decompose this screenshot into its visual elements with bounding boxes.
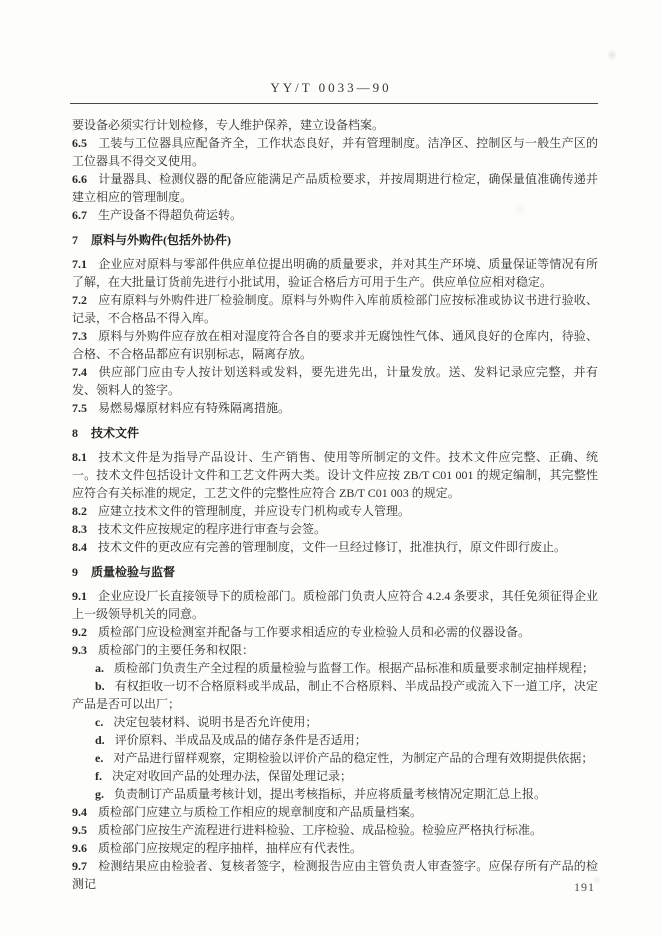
subclause-paragraph: f.决定对收回产品的处理办法，保留处理记录； xyxy=(72,767,598,785)
clause-paragraph: 9.2质检部门应设检测室并配备与工作要求相适应的专业检验人员和必需的仪器设备。 xyxy=(72,623,598,641)
clause-number: 7.3 xyxy=(72,329,87,343)
clause-number: 8.1 xyxy=(72,450,87,464)
subclause-paragraph: b.有权拒收一切不合格原料或半成品，制止不合格原料、半成品投产或流入下一道工序，… xyxy=(72,677,598,713)
subclause-letter: a. xyxy=(95,661,104,675)
paragraph-text: 供应部门应由专人按计划送料或发料，要先进先出，计量发放。送、发料记录应完整，并有… xyxy=(72,365,598,397)
clause-number: 9.4 xyxy=(72,805,87,819)
paragraph-text: 负责制订产品质量考核计划，提出考核指标，并应将质量考核情况定期汇总上报。 xyxy=(114,787,546,801)
paragraph-text: 生产设备不得超负荷运转。 xyxy=(98,208,242,222)
paragraph-text: 有权拒收一切不合格原料或半成品，制止不合格原料、半成品投产或流入下一道工序，决定… xyxy=(72,679,598,711)
clause-paragraph: 8.1技术文件是为指导产品设计、生产销售、使用等所制定的文件。技术文件应完整、正… xyxy=(72,448,598,502)
clause-number: 9.2 xyxy=(72,625,87,639)
clause-number: 6.6 xyxy=(72,172,87,186)
paragraph-text: 质检部门应按规定的程序抽样，抽样应有代表性。 xyxy=(98,841,362,855)
section-title: 质量检验与监督 xyxy=(91,565,175,579)
paragraph-text: 评价原料、半成品及成品的储存条件是否适用； xyxy=(115,733,367,747)
paragraph-text: 技术文件应按规定的程序进行审查与会签。 xyxy=(98,522,326,536)
paragraph-text: 对产品进行留样观察，定期检验以评价产品的稳定性，为制定产品的合理有效期提供依据； xyxy=(113,751,593,765)
clause-paragraph: 6.6计量器具、检测仪器的配备应能满足产品质检要求，并按周期进行检定，确保量值准… xyxy=(72,170,598,206)
clause-number: 9.6 xyxy=(72,841,87,855)
clause-number: 8.2 xyxy=(72,504,87,518)
clause-paragraph: 7.1企业应对原料与零部件供应单位提出明确的质量要求，并对其生产环境、质量保证等… xyxy=(72,255,598,291)
subclause-paragraph: a.质检部门负责生产全过程的质量检验与监督工作。根据产品标准和质量要求制定抽样规… xyxy=(72,659,598,677)
subclause-paragraph: c.决定包装材料、说明书是否允许使用； xyxy=(72,713,598,731)
section-title: 原料与外购件(包括外协件) xyxy=(91,233,231,247)
clause-number: 9.5 xyxy=(72,823,87,837)
subclause-paragraph: e.对产品进行留样观察，定期检验以评价产品的稳定性，为制定产品的合理有效期提供依… xyxy=(72,749,598,767)
paragraph-text: 易燃易爆原材料应有特殊隔离措施。 xyxy=(98,401,290,415)
subclause-letter: d. xyxy=(95,733,105,747)
paragraph-text: 技术文件是为指导产品设计、生产销售、使用等所制定的文件。技术文件应完整、正确、统… xyxy=(72,450,598,500)
paragraph-text: 企业应对原料与零部件供应单位提出明确的质量要求，并对其生产环境、质量保证等情况有… xyxy=(72,257,598,289)
paragraph-text: 企业应设厂长直接领导下的质检部门。质检部门负责人应符合 4.2.4 条要求，其任… xyxy=(72,589,598,621)
section-heading: 9质量检验与监督 xyxy=(72,563,598,581)
clause-paragraph: 6.7生产设备不得超负荷运转。 xyxy=(72,206,598,224)
clause-number: 6.5 xyxy=(72,136,87,150)
paragraph-text: 质检部门的主要任务和权限： xyxy=(98,643,254,657)
subclause-paragraph: d.评价原料、半成品及成品的储存条件是否适用； xyxy=(72,731,598,749)
continuation-paragraph: 要设备必须实行计划检修，专人维护保养，建立设备档案。 xyxy=(72,116,598,134)
subclause-paragraph: g.负责制订产品质量考核计划，提出考核指标，并应将质量考核情况定期汇总上报。 xyxy=(72,785,598,803)
clause-paragraph: 7.3原料与外购件应存放在相对湿度符合各自的要求并无腐蚀性气体、通风良好的仓库内… xyxy=(72,327,598,363)
clause-paragraph: 9.1企业应设厂长直接领导下的质检部门。质检部门负责人应符合 4.2.4 条要求… xyxy=(72,587,598,623)
clause-paragraph: 9.3质检部门的主要任务和权限： xyxy=(72,641,598,659)
section-number: 8 xyxy=(72,426,78,440)
clause-paragraph: 7.2应有原料与外购件进厂检验制度。原料与外购件入库前质检部门应按标准或协议书进… xyxy=(72,291,598,327)
section-number: 7 xyxy=(72,233,78,247)
clause-paragraph: 8.3技术文件应按规定的程序进行审查与会签。 xyxy=(72,520,598,538)
paragraph-text: 质检部门应建立与质检工作相应的规章制度和产品质量档案。 xyxy=(98,805,422,819)
subclause-letter: c. xyxy=(95,715,103,729)
paragraph-text: 原料与外购件应存放在相对湿度符合各自的要求并无腐蚀性气体、通风良好的仓库内，待验… xyxy=(72,329,598,361)
paragraph-text: 质检部门应设检测室并配备与工作要求相适应的专业检验人员和必需的仪器设备。 xyxy=(98,625,530,639)
paragraph-text: 技术文件的更改应有完善的管理制度，文件一旦经过修订，批准执行，原文件即行废止。 xyxy=(98,540,566,554)
paragraph-text: 质检部门负责生产全过程的质量检验与监督工作。根据产品标准和质量要求制定抽样规程； xyxy=(114,661,594,675)
header-rule xyxy=(70,103,598,104)
section-title: 技术文件 xyxy=(91,426,139,440)
clause-paragraph: 7.5易燃易爆原材料应有特殊隔离措施。 xyxy=(72,399,598,417)
clause-number: 8.4 xyxy=(72,540,87,554)
clause-paragraph: 9.4质检部门应建立与质检工作相应的规章制度和产品质量档案。 xyxy=(72,803,598,821)
subclause-letter: b. xyxy=(95,679,105,693)
paragraph-text: 要设备必须实行计划检修，专人维护保养，建立设备档案。 xyxy=(72,118,384,132)
clause-number: 7.4 xyxy=(72,365,87,379)
standard-code-header: YY/T 0033—90 xyxy=(0,0,662,96)
clause-number: 8.3 xyxy=(72,522,87,536)
clause-number: 7.2 xyxy=(72,293,87,307)
clause-number: 9.7 xyxy=(72,859,87,873)
paragraph-text: 计量器具、检测仪器的配备应能满足产品质检要求，并按周期进行检定，确保量值准确传递… xyxy=(72,172,598,204)
paragraph-text: 工装与工位器具应配备齐全，工作状态良好，并有管理制度。洁净区、控制区与一般生产区… xyxy=(72,136,598,168)
page-number: 191 xyxy=(574,880,595,895)
paragraph-text: 应有原料与外购件进厂检验制度。原料与外购件入库前质检部门应按标准或协议书进行验收… xyxy=(72,293,598,325)
clause-number: 6.7 xyxy=(72,208,87,222)
section-heading: 8技术文件 xyxy=(72,424,598,442)
paragraph-text: 应建立技术文件的管理制度，并应设专门机构或专人管理。 xyxy=(98,504,410,518)
subclause-letter: e. xyxy=(95,751,103,765)
clause-paragraph: 9.7检测结果应由检验者、复核者签字，检测报告应由主管负责人审查签字。应保存所有… xyxy=(72,857,598,893)
clause-paragraph: 8.4技术文件的更改应有完善的管理制度，文件一旦经过修订，批准执行，原文件即行废… xyxy=(72,538,598,556)
clause-paragraph: 9.6质检部门应按规定的程序抽样，抽样应有代表性。 xyxy=(72,839,598,857)
paragraph-text: 质检部门应按生产流程进行进料检验、工序检验、成品检验。检验应严格执行标准。 xyxy=(98,823,542,837)
clause-paragraph: 6.5工装与工位器具应配备齐全，工作状态良好，并有管理制度。洁净区、控制区与一般… xyxy=(72,134,598,170)
paragraph-text: 决定包装材料、说明书是否允许使用； xyxy=(113,715,317,729)
clause-paragraph: 8.2应建立技术文件的管理制度，并应设专门机构或专人管理。 xyxy=(72,502,598,520)
clause-paragraph: 9.5质检部门应按生产流程进行进料检验、工序检验、成品检验。检验应严格执行标准。 xyxy=(72,821,598,839)
paragraph-text: 检测结果应由检验者、复核者签字，检测报告应由主管负责人审查签字。应保存所有产品的… xyxy=(72,859,598,891)
clause-number: 7.5 xyxy=(72,401,87,415)
clause-number: 9.1 xyxy=(72,589,87,603)
paragraph-text: 决定对收回产品的处理办法，保留处理记录； xyxy=(112,769,352,783)
section-heading: 7原料与外购件(包括外协件) xyxy=(72,231,598,249)
clause-paragraph: 7.4供应部门应由专人按计划送料或发料，要先进先出，计量发放。送、发料记录应完整… xyxy=(72,363,598,399)
clause-number: 9.3 xyxy=(72,643,87,657)
document-body: 要设备必须实行计划检修，专人维护保养，建立设备档案。6.5工装与工位器具应配备齐… xyxy=(72,116,598,893)
subclause-letter: g. xyxy=(95,787,104,801)
document-page: YY/T 0033—90 要设备必须实行计划检修，专人维护保养，建立设备档案。6… xyxy=(0,0,662,936)
subclause-letter: f. xyxy=(95,769,102,783)
section-number: 9 xyxy=(72,565,78,579)
clause-number: 7.1 xyxy=(72,257,87,271)
